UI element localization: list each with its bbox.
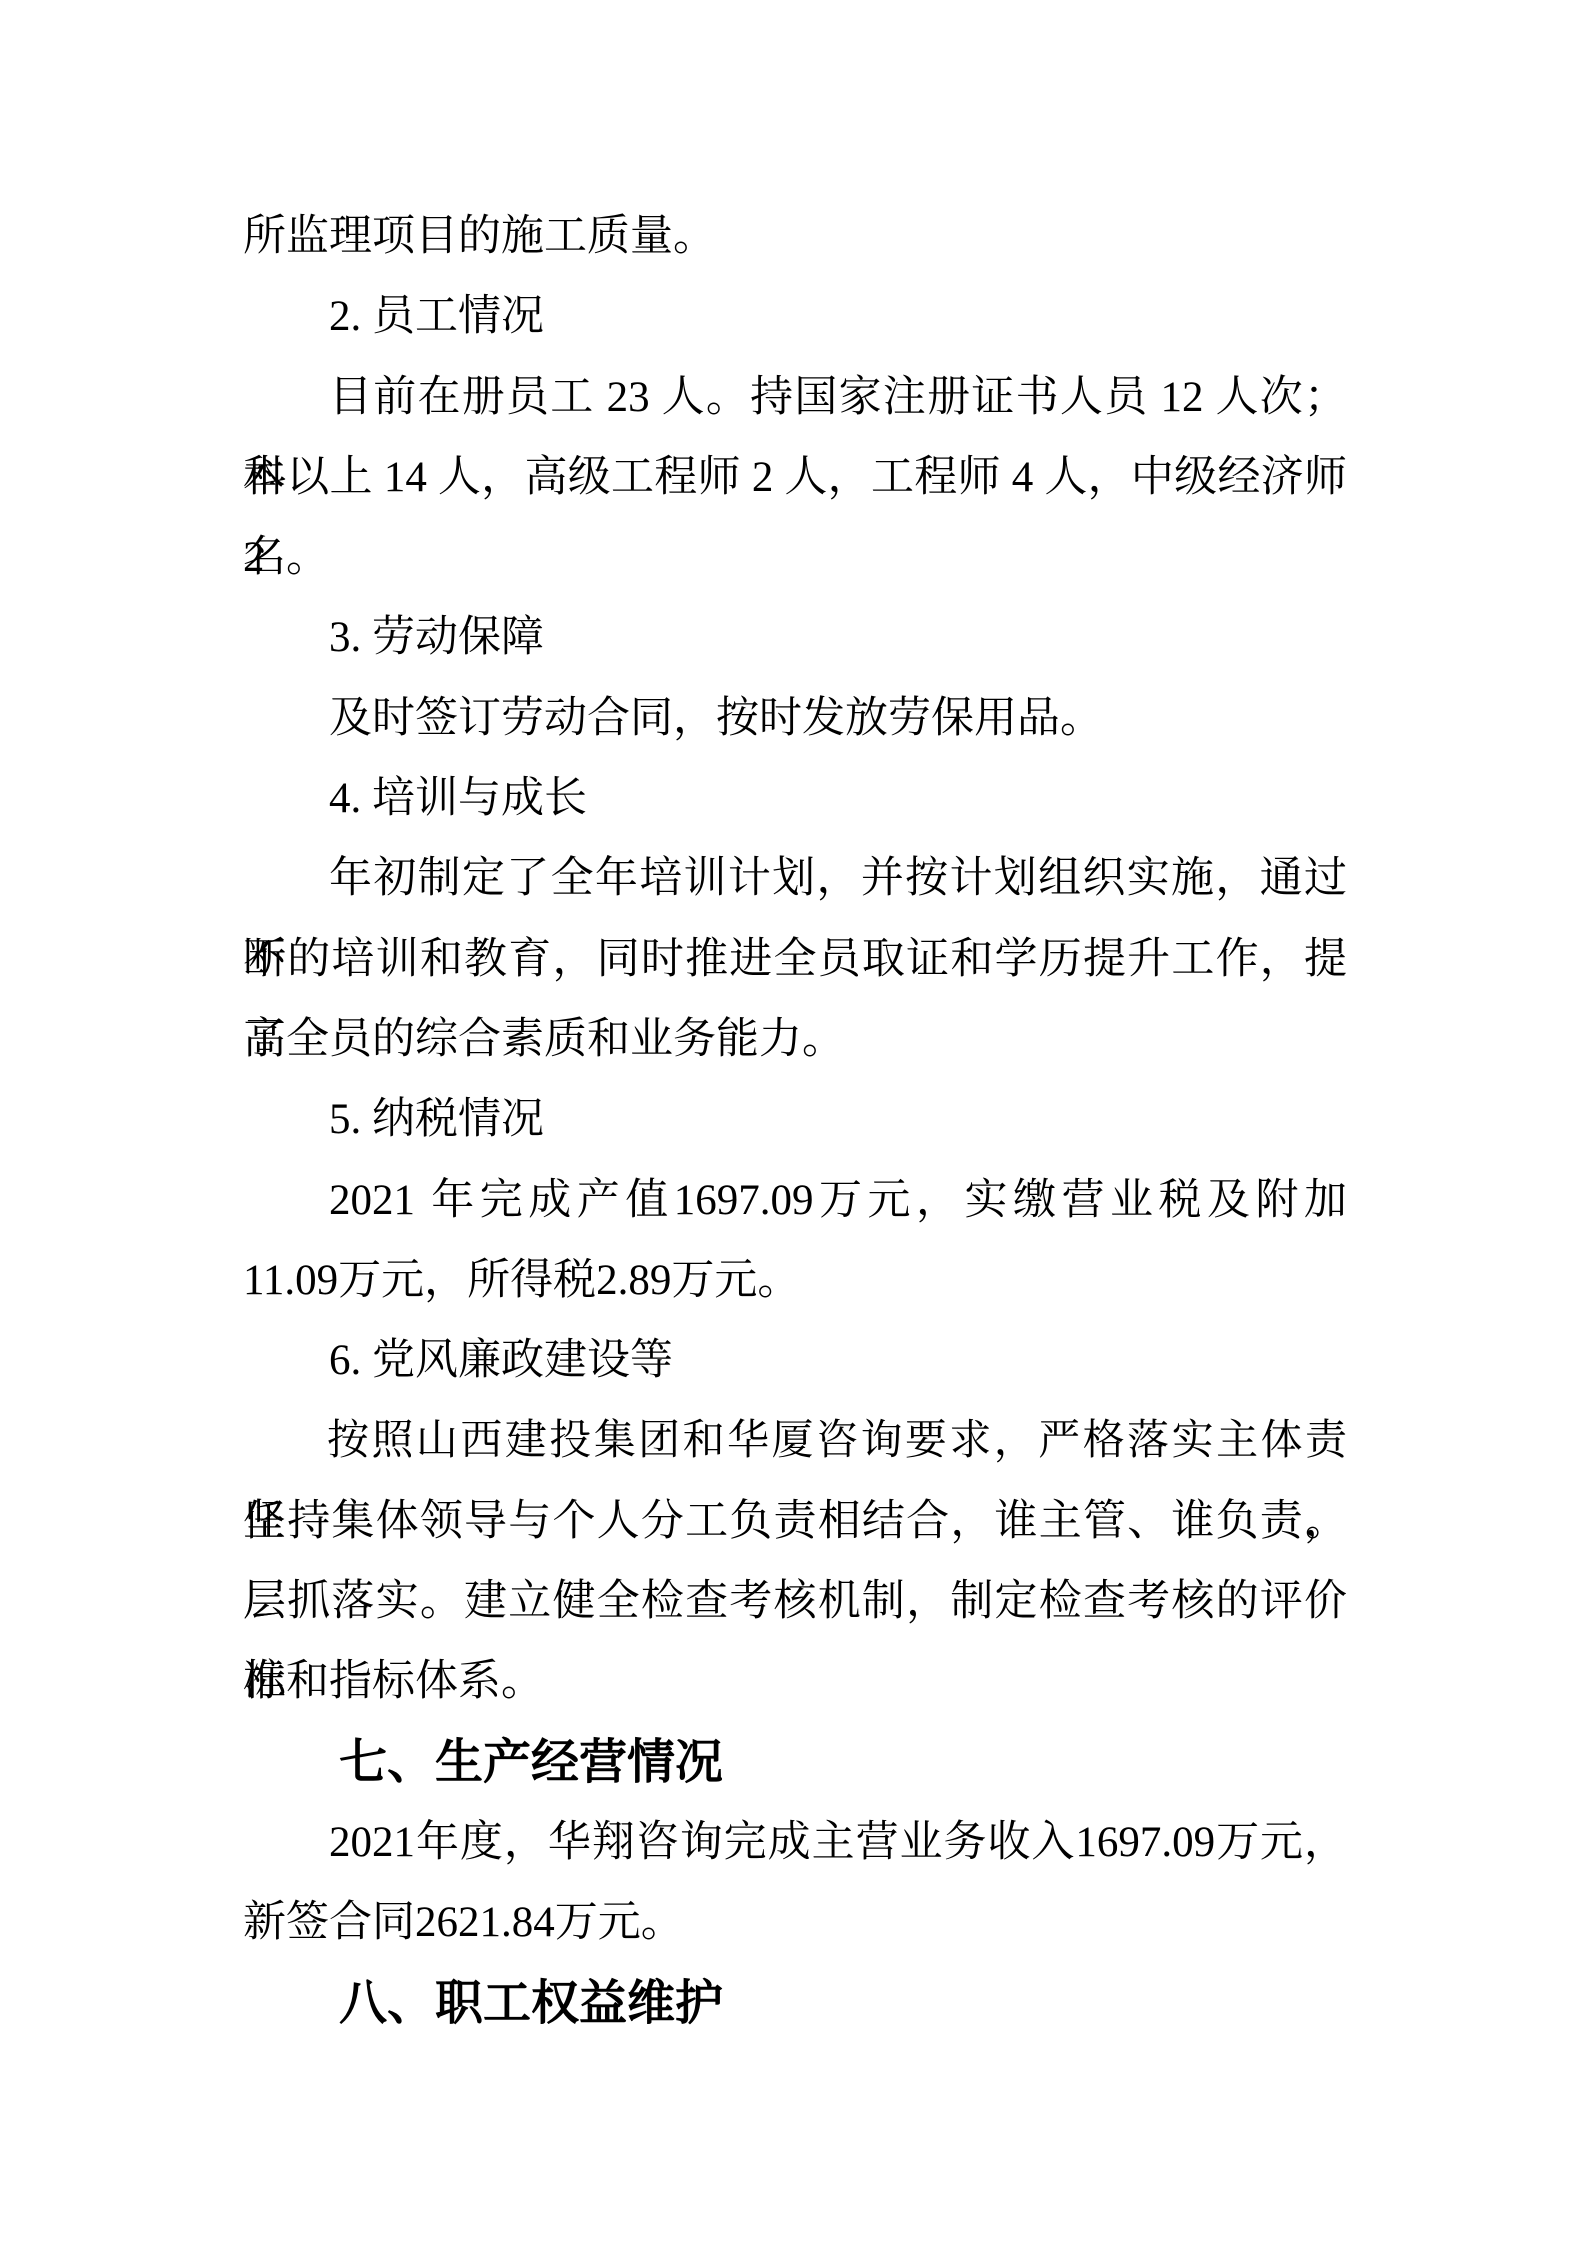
- heading-5-tax-situation: 5. 纳税情况: [243, 1080, 1347, 1160]
- para-operation-line-2: 新签合同2621.84万元。: [243, 1883, 1347, 1963]
- heading-3-labor-security: 3. 劳动保障: [243, 598, 1347, 678]
- heading-2-employee-situation: 2. 员工情况: [243, 277, 1347, 357]
- para-employees-line-2: 科以上 14 人，高级工程师 2 人，工程师 4 人，中级经济师 2: [243, 438, 1347, 518]
- para-party-line-4: 准和指标体系。: [243, 1642, 1347, 1722]
- document-body: 所监理项目的施工质量。 2. 员工情况 目前在册员工 23 人。持国家注册证书人…: [243, 197, 1347, 2044]
- para-operation-line-1: 2021年度，华翔咨询完成主营业务收入1697.09万元，: [243, 1803, 1347, 1883]
- heading-6-party-conduct: 6. 党风廉政建设等: [243, 1321, 1347, 1401]
- para-training-line-1: 年初制定了全年培训计划，并按计划组织实施，通过不: [243, 839, 1347, 919]
- heading-4-training-growth: 4. 培训与成长: [243, 759, 1347, 839]
- document-page: 所监理项目的施工质量。 2. 员工情况 目前在册员工 23 人。持国家注册证书人…: [0, 0, 1587, 2245]
- heading-8-employee-rights: 八、职工权益维护: [243, 1964, 1347, 2044]
- para-employees-line-3: 名。: [243, 518, 1347, 598]
- line-supervision-quality-end: 所监理项目的施工质量。: [243, 197, 1347, 277]
- para-labor-security: 及时签订劳动合同，按时发放劳保用品。: [243, 679, 1347, 759]
- para-party-line-1: 按照山西建投集团和华厦咨询要求，严格落实主体责任。: [243, 1401, 1347, 1481]
- para-tax-line-1: 2021 年完成产值1697.09万元，实缴营业税及附加: [243, 1161, 1347, 1241]
- para-employees-line-1: 目前在册员工 23 人。持国家注册证书人员 12 人次；本: [243, 358, 1347, 438]
- heading-7-production-operation: 七、生产经营情况: [243, 1723, 1347, 1803]
- para-training-line-3: 了全员的综合素质和业务能力。: [243, 1000, 1347, 1080]
- para-tax-line-2: 11.09万元，所得税2.89万元。: [243, 1241, 1347, 1321]
- para-party-line-2: 坚持集体领导与个人分工负责相结合，谁主管、谁负责，层: [243, 1482, 1347, 1562]
- para-party-line-3: 层抓落实。建立健全检查考核机制，制定检查考核的评价标: [243, 1562, 1347, 1642]
- para-training-line-2: 断的培训和教育，同时推进全员取证和学历提升工作，提高: [243, 920, 1347, 1000]
